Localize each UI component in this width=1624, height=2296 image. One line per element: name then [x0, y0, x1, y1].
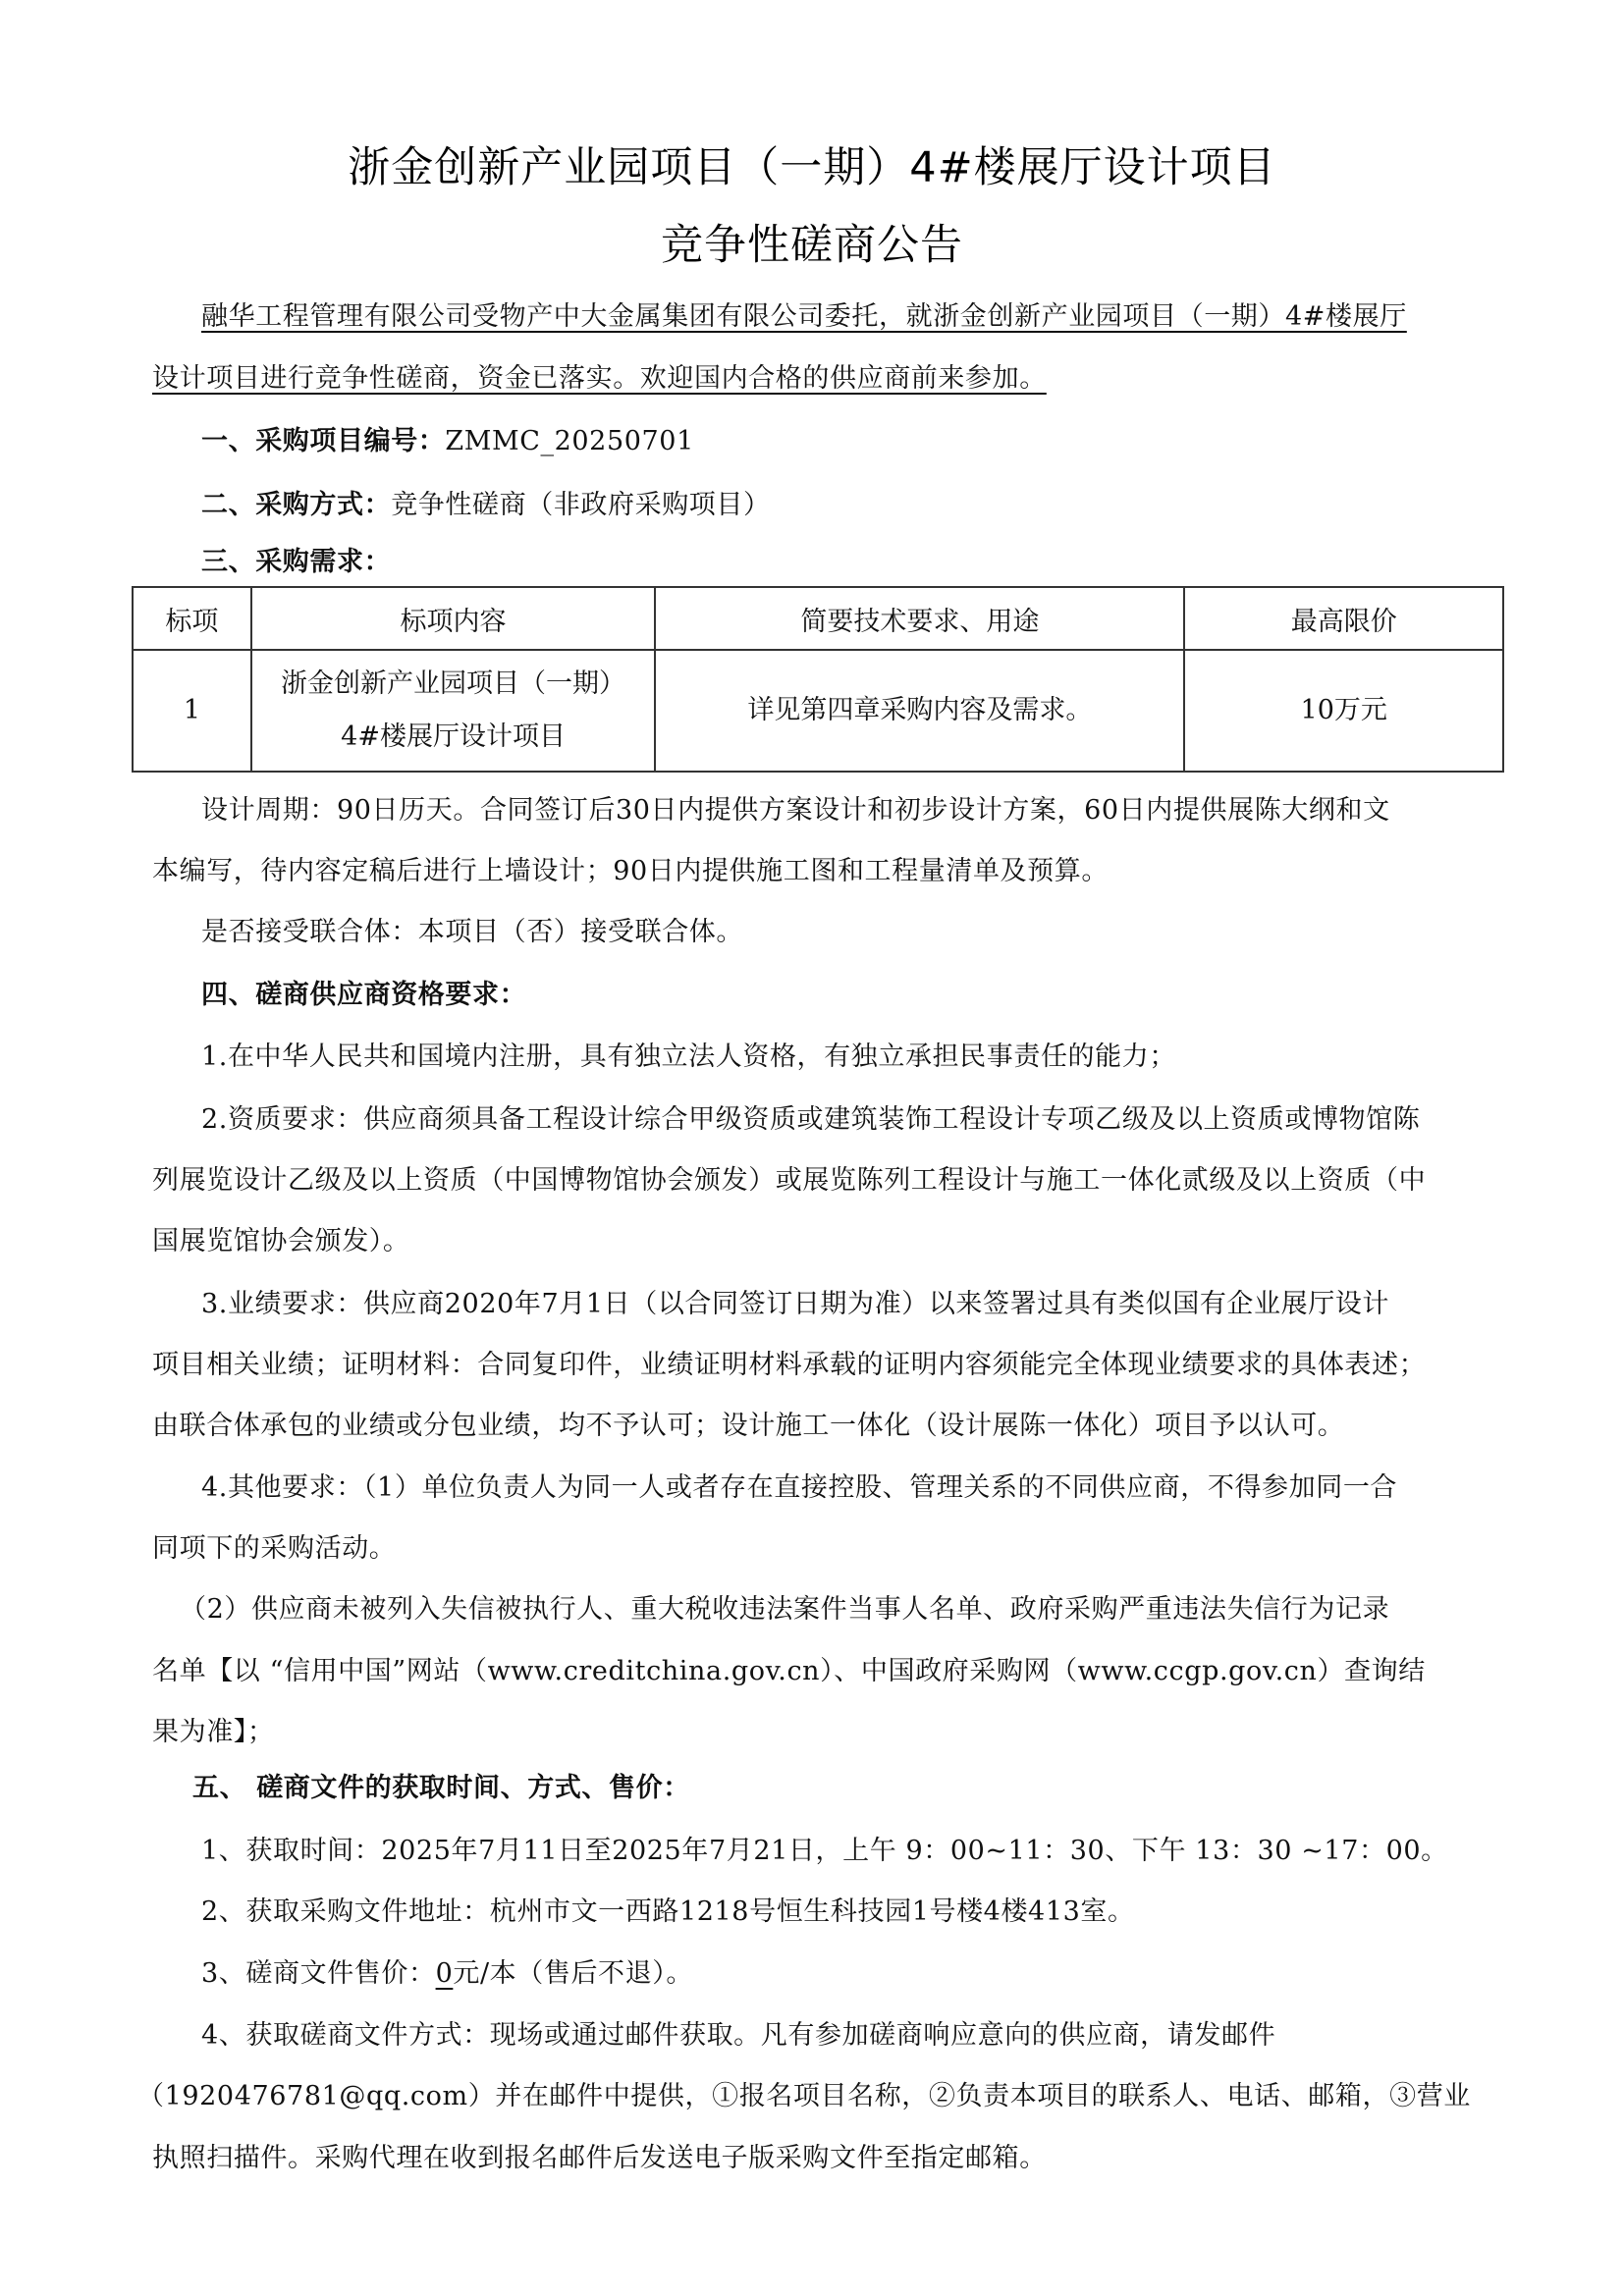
procurement-method-value: 竞争性磋商（非政府采购项目） — [391, 490, 770, 520]
qualification-item-4-line-1: 4.其他要求：（1）单位负责人为同一人或者存在直接控股、管理关系的不同供应商，不… — [201, 1470, 1537, 1506]
intro-paragraph-line-2: 设计项目进行竞争性磋商，资金已落实。欢迎国内合格的供应商前来参加。 — [152, 361, 1488, 397]
table-header-row: 标项 标项内容 简要技术要求、用途 最高限价 — [133, 587, 1503, 650]
design-period-line-1: 设计周期：90日历天。合同签订后30日内提供方案设计和初步设计方案，60日内提供… — [201, 793, 1537, 828]
document-price: 3、磋商文件售价：0元/本（售后不退）。 — [201, 1956, 1537, 1992]
acquisition-time: 1、获取时间：2025年7月11日至2025年7月21日，上午 9：00~11：… — [201, 1834, 1537, 1869]
design-period-line-2: 本编写，待内容定稿后进行上墙设计；90日内提供施工图和工程量清单及预算。 — [152, 854, 1488, 889]
document-price-label: 3、磋商文件售价： — [201, 1958, 436, 1989]
document-subtitle: 竞争性磋商公告 — [0, 212, 1624, 272]
qualification-item-4b-line-1: （2）供应商未被列入失信被执行人、重大税收违法案件当事人名单、政府采购严重违法失… — [180, 1592, 1515, 1628]
qualification-item-2-line-1: 2.资质要求：供应商须具备工程设计综合甲级资质或建筑装饰工程设计专项乙级及以上资… — [201, 1102, 1537, 1138]
section-5-label: 五、 磋商文件的获取时间、方式、售价： — [192, 1771, 1528, 1806]
qualification-item-1: 1.在中华人民共和国境内注册，具有独立法人资格，有独立承担民事责任的能力； — [201, 1040, 1537, 1075]
table-header-cell: 标项内容 — [251, 587, 655, 650]
section-1-project-number: 一、采购项目编号：ZMMC_20250701 — [201, 424, 1537, 459]
qualification-item-3-line-2: 项目相关业绩；证明材料：合同复印件，业绩证明材料承载的证明内容须能完全体现业绩要… — [152, 1348, 1488, 1383]
acquisition-method-line-1: 4、获取磋商文件方式：现场或通过邮件获取。凡有参加磋商响应意向的供应商，请发邮件 — [201, 2018, 1537, 2054]
intro-paragraph-line-1: 融华工程管理有限公司受物产中大金属集团有限公司委托，就浙金创新产业园项目（一期）… — [201, 299, 1537, 335]
consortium-statement: 是否接受联合体：本项目（否）接受联合体。 — [201, 915, 1537, 950]
project-number-value: ZMMC_20250701 — [445, 426, 693, 456]
qualification-item-2-line-3: 国展览馆协会颁发）。 — [152, 1224, 1488, 1259]
qualification-item-4b-line-3: 果为准】； — [152, 1715, 1488, 1750]
table-row: 1 浙金创新产业园项目（一期） 4#楼展厅设计项目 详见第四章采购内容及需求。 … — [133, 650, 1503, 772]
document-price-value: 0 — [436, 1958, 454, 1989]
requirements-cell: 详见第四章采购内容及需求。 — [655, 650, 1184, 772]
acquisition-address: 2、获取采购文件地址：杭州市文一西路1218号恒生科技园1号楼4楼413室。 — [201, 1895, 1537, 1930]
table-header-cell: 简要技术要求、用途 — [655, 587, 1184, 650]
item-content-cell: 浙金创新产业园项目（一期） 4#楼展厅设计项目 — [251, 650, 655, 772]
section-4-label: 四、磋商供应商资格要求： — [201, 978, 1537, 1013]
section-1-label: 一、采购项目编号： — [201, 426, 445, 456]
qualification-item-4-line-2: 同项下的采购活动。 — [152, 1531, 1488, 1567]
qualification-item-2-line-2: 列展览设计乙级及以上资质（中国博物馆协会颁发）或展览陈列工程设计与施工一体化贰级… — [152, 1163, 1488, 1199]
document-title: 浙金创新产业园项目（一期）4#楼展厅设计项目 — [0, 134, 1624, 194]
item-content-line-2: 4#楼展厅设计项目 — [252, 711, 654, 764]
item-number-cell: 1 — [133, 650, 251, 772]
max-price-cell: 10万元 — [1184, 650, 1503, 772]
qualification-item-3-line-1: 3.业绩要求：供应商2020年7月1日（以合同签订日期为准）以来签署过具有类似国… — [201, 1287, 1537, 1322]
acquisition-method-line-3: 执照扫描件。采购代理在收到报名邮件后发送电子版采购文件至指定邮箱。 — [152, 2141, 1488, 2176]
section-2-label: 二、采购方式： — [201, 490, 391, 520]
section-2-procurement-method: 二、采购方式：竞争性磋商（非政府采购项目） — [201, 488, 1537, 523]
acquisition-method-line-2: （1920476781@qq.com）并在邮件中提供，①报名项目名称，②负责本项… — [137, 2079, 1473, 2114]
document-page: 浙金创新产业园项目（一期）4#楼展厅设计项目 竞争性磋商公告 融华工程管理有限公… — [0, 0, 1624, 2296]
item-content-line-1: 浙金创新产业园项目（一期） — [252, 658, 654, 711]
qualification-item-3-line-3: 由联合体承包的业绩或分包业绩，均不予认可；设计施工一体化（设计展陈一体化）项目予… — [152, 1409, 1488, 1444]
qualification-item-4b-line-2: 名单【以 “信用中国”网站（www.creditchina.gov.cn）、中国… — [152, 1654, 1488, 1689]
table-header-cell: 标项 — [133, 587, 251, 650]
requirements-table: 标项 标项内容 简要技术要求、用途 最高限价 1 浙金创新产业园项目（一期） 4… — [132, 586, 1504, 773]
table-header-cell: 最高限价 — [1184, 587, 1503, 650]
section-3-label: 三、采购需求： — [201, 545, 1537, 580]
document-price-suffix: 元/本（售后不退）。 — [453, 1958, 693, 1989]
